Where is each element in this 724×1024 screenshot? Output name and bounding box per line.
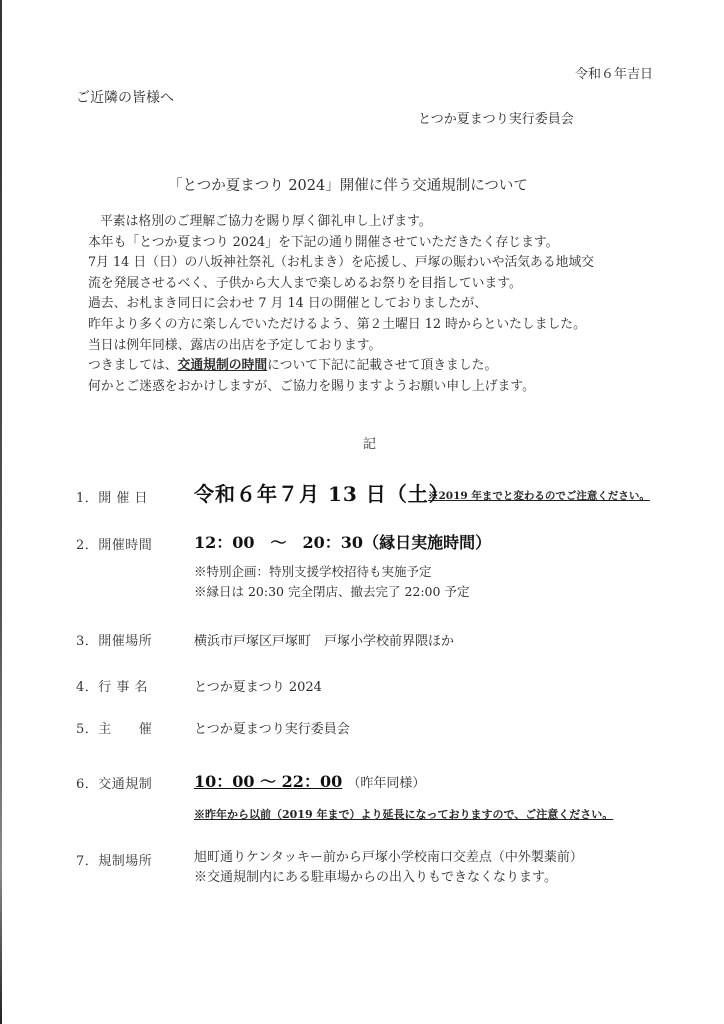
body-line: 7月 14 日（日）の八坂神社祭礼（お札まき）を応援し、戸塚の賑わいや活気ある地… [88, 253, 594, 274]
body-line: 昨年より多くの方に楽しんでいただけるよう、第２土曜日 12 時からといたしました… [88, 315, 594, 336]
body-line: 本年も「とつか夏まつり 2024」を下記の通り開催させていただきたく存じます。 [88, 233, 594, 254]
event-place: 横浜市戸塚区戸塚町 戸塚小学校前界隈ほか [194, 630, 454, 649]
traffic-time-emphasis: 交通規制の時間 [178, 358, 268, 373]
document-date: 令和６年吉日 [575, 63, 653, 82]
body-line: つきましては、交通規制の時間について下記に記載させて頂きました。 [88, 356, 594, 377]
item-label-time: 2．開催時間 [76, 534, 152, 553]
body-line: 当日は例年同様、露店の出店を予定しております。 [88, 336, 594, 357]
body-line: 流を発展させるべく、子供から大人まで楽しめるお祭りを目指しています。 [88, 274, 594, 295]
body-line: 平素は格別のご理解ご協力を賜り厚く御礼申し上げます。 [88, 212, 594, 233]
recipient: ご近隣の皆様へ [76, 87, 174, 107]
item-label-restricted-area: 7．規制場所 [76, 850, 152, 869]
event-date: 令和６年７月 13 日（土） [194, 478, 450, 507]
time-note: ※特別企画：特別支援学校招待も実施予定 [194, 562, 469, 582]
ki-heading: 記 [363, 433, 376, 452]
time-notes: ※特別企画：特別支援学校招待も実施予定 ※縁日は 20:30 完全閉店、撤去完了… [194, 562, 469, 602]
traffic-time-row: 10：00 ～ 22：00 （昨年同様） [194, 769, 425, 792]
item-label-date: 1．開 催 日 [76, 487, 148, 506]
organizer: とつか夏まつり実行委員会 [194, 718, 350, 737]
item-label-organizer: 5．主 催 [76, 718, 152, 737]
item-label-event-name: 4．行 事 名 [76, 676, 148, 695]
time-note: ※縁日は 20:30 完全閉店、撤去完了 22:00 予定 [194, 582, 469, 602]
document-title: 「とつか夏まつり 2024」開催に伴う交通規制について [168, 174, 528, 195]
body-line: 何かとご迷惑をおかけしますが、ご協力を賜りますようお願い申し上げます。 [88, 377, 594, 398]
body-line-prefix: つきましては、 [88, 358, 178, 373]
body-line-suffix: について下記に記載させて頂きました。 [267, 358, 497, 373]
body-line: 過去、お札まき同日に会わせ 7 月 14 日の開催としておりましたが、 [88, 294, 594, 315]
event-time: 12：00 ～ 20：30（縁日実施時間） [194, 530, 491, 553]
item-label-place: 3．開催場所 [76, 630, 152, 649]
event-name: とつか夏まつり 2024 [194, 676, 322, 695]
traffic-time: 10：00 ～ 22：00 [194, 772, 342, 791]
item-label-traffic: 6．交通規制 [76, 773, 152, 792]
restricted-area: 旭町通りケンタッキー前から戸塚小学校南口交差点（中外製薬前） ※交通規制内にある… [194, 848, 583, 888]
parking-note: ※交通規制内にある駐車場からの出入りもできなくなります。 [194, 868, 583, 888]
body-text: 平素は格別のご理解ご協力を賜り厚く御礼申し上げます。 本年も「とつか夏まつり 2… [88, 212, 594, 397]
traffic-extension-note: ※昨年から以前（2019 年まで）より延長になっておりますので、ご注意ください。 [194, 806, 613, 822]
date-change-note: ※2019 年までと変わるのでご注意ください。 [428, 488, 650, 503]
sender: とつか夏まつり実行委員会 [418, 108, 574, 127]
scan-edge [0, 0, 2, 1024]
traffic-time-suffix: （昨年同様） [347, 776, 425, 791]
restricted-area-route: 旭町通りケンタッキー前から戸塚小学校南口交差点（中外製薬前） [194, 848, 583, 868]
